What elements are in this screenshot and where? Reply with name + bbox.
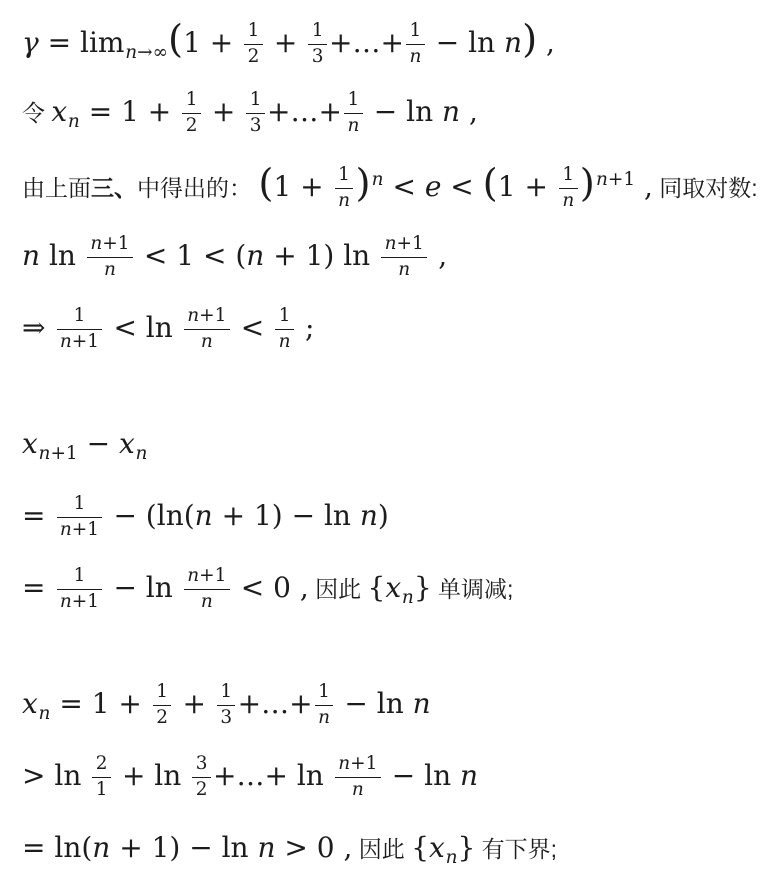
math-variable: x	[51, 95, 67, 128]
math-variable: n	[352, 779, 364, 800]
math-symbol: +…+ ln	[213, 759, 333, 792]
math-variable: n	[442, 95, 460, 128]
math-variable: n	[90, 233, 102, 254]
math-symbol: +1	[72, 519, 99, 540]
numerator: 1	[559, 164, 578, 189]
math-variable: n	[201, 591, 213, 612]
math-symbol: {	[411, 831, 429, 864]
math-symbol: =	[22, 499, 54, 532]
math-symbol: 1	[74, 565, 86, 586]
numerator: 1	[335, 164, 354, 189]
math-symbol: 2	[196, 779, 208, 800]
math-symbol: ,	[460, 95, 478, 128]
fraction: n+1n	[184, 565, 230, 613]
math-symbol: }	[414, 571, 432, 604]
math-variable: x	[22, 427, 38, 460]
math-variable: n	[104, 259, 116, 280]
math-symbol: +…+	[267, 95, 342, 128]
math-symbol: ln	[40, 239, 85, 272]
xn-difference-line: xn+1 − xn	[22, 408, 767, 480]
denominator: 3	[308, 45, 326, 69]
math-variable: n	[413, 687, 431, 720]
math-symbol: < ln	[105, 311, 182, 344]
math-symbol: 1	[318, 681, 330, 702]
math-symbol: {	[368, 571, 386, 604]
math-symbol: > ln	[22, 759, 90, 792]
denominator: n	[559, 189, 578, 213]
math-variable: n	[201, 331, 213, 352]
denominator: n	[381, 258, 427, 282]
numerator: 1	[57, 493, 103, 518]
difference-expansion-line: = 1n+1 − (ln(n + 1) − ln n)	[22, 480, 767, 552]
math-symbol: + ln	[113, 759, 190, 792]
big-paren: )	[355, 161, 370, 206]
math-variable: n	[562, 190, 574, 211]
math-variable: n	[338, 190, 350, 211]
cjk-text: 令	[22, 100, 51, 126]
numerator: 1	[244, 20, 262, 45]
numerator: 1	[217, 681, 235, 706]
math-variable: n	[446, 847, 458, 868]
math-variable: n	[187, 565, 199, 586]
denominator: 3	[246, 114, 264, 138]
monotone-decreasing-conclusion-line: = 1n+1 − ln n+1n < 0 , 因此 {xn} 单调减;	[22, 552, 767, 624]
math-variable: n	[39, 443, 51, 464]
math-symbol: 2	[186, 115, 198, 136]
math-symbol: 1	[338, 164, 350, 185]
math-symbol: 1	[248, 20, 260, 41]
math-symbol: 1	[186, 89, 198, 110]
fraction: 13	[217, 681, 235, 729]
math-symbol: 1	[312, 20, 324, 41]
math-symbol: ,	[537, 26, 555, 59]
math-variable: n	[460, 759, 478, 792]
superscript: n+1	[596, 169, 635, 190]
big-paren: (	[483, 161, 498, 206]
math-symbol: 1	[156, 681, 168, 702]
math-symbol: + 1) ln	[264, 239, 379, 272]
numerator: 1	[406, 20, 425, 45]
math-variable: n	[187, 305, 199, 326]
math-symbol: +1	[199, 565, 226, 586]
denominator: 1	[92, 778, 110, 802]
math-symbol: 1	[96, 779, 108, 800]
fraction: 12	[153, 681, 171, 729]
math-symbol: 3	[250, 115, 262, 136]
math-variable: e	[425, 170, 442, 203]
fraction: n+1n	[87, 233, 133, 281]
math-variable: n	[92, 831, 110, 864]
math-variable: n	[60, 519, 72, 540]
denominator: n	[406, 45, 425, 69]
denominator: 3	[217, 706, 235, 730]
math-symbol: − ln	[336, 687, 413, 720]
math-symbol: 1	[410, 20, 422, 41]
math-symbol: −	[78, 427, 119, 460]
cjk-text-bold: 三、	[91, 175, 137, 201]
denominator: n	[275, 330, 294, 354]
fraction: n+1n	[184, 305, 230, 353]
math-variable: n	[398, 259, 410, 280]
math-variable: n	[318, 707, 330, 728]
math-variable: n	[125, 42, 137, 63]
denominator: 2	[244, 45, 262, 69]
math-symbol: 3	[220, 707, 232, 728]
math-variable: n	[385, 233, 397, 254]
denominator: n	[184, 330, 230, 354]
subscript: n	[68, 111, 80, 132]
numerator: n+1	[184, 565, 230, 590]
math-symbol: +1	[50, 443, 77, 464]
math-variable: n	[257, 831, 275, 864]
xn-expansion-line: xn = 1 + 12 + 13+…+1n − ln n	[22, 668, 767, 740]
math-variable: x	[119, 427, 135, 460]
math-symbol: = 1 +	[80, 95, 180, 128]
math-symbol: < 0 ,	[232, 571, 309, 604]
math-symbol: +…+	[329, 26, 404, 59]
cjk-text: 同取对数:	[653, 175, 758, 201]
math-variable: x	[429, 831, 445, 864]
denominator: n	[87, 258, 133, 282]
numerator: 1	[246, 89, 264, 114]
numerator: 3	[192, 753, 210, 778]
fraction: 12	[244, 20, 262, 68]
denominator: n	[315, 706, 334, 730]
e-inequality-source-line: 由上面三、中得出的： (1 + 1n)n < e < (1 + 1n)n+1 ,…	[22, 148, 767, 220]
math-symbol: − ln	[383, 759, 460, 792]
math-symbol: }	[457, 831, 475, 864]
math-symbol: <	[384, 170, 425, 203]
math-variable: n	[135, 443, 147, 464]
log-inequality-line: n ln n+1n < 1 < (n + 1) ln n+1n ,	[22, 220, 767, 292]
subscript: n	[402, 587, 414, 608]
math-variable: x	[385, 571, 401, 604]
math-symbol: 1	[279, 305, 291, 326]
math-symbol: +1	[199, 305, 226, 326]
fraction: 1n	[406, 20, 425, 68]
math-symbol: ,	[635, 170, 653, 203]
numerator: 1	[315, 681, 334, 706]
math-symbol: 2	[248, 46, 260, 67]
math-variable: n	[60, 591, 72, 612]
math-variable: n	[402, 587, 414, 608]
fraction: 1n	[315, 681, 334, 729]
math-symbol: =	[22, 571, 54, 604]
denominator: n+1	[57, 330, 103, 354]
math-variable: γ	[22, 26, 39, 59]
math-document: γ = limn→∞(1 + 12 + 13+…+1n − ln n) ,令 x…	[0, 0, 775, 884]
math-symbol: +1	[102, 233, 129, 254]
math-symbol: 3	[312, 46, 324, 67]
big-paren: )	[580, 161, 595, 206]
gamma-definition-line: γ = limn→∞(1 + 12 + 13+…+1n − ln n) ,	[22, 4, 767, 76]
fraction: 13	[308, 20, 326, 68]
numerator: 1	[57, 305, 103, 330]
math-symbol: 1	[562, 164, 574, 185]
subscript: n+1	[39, 443, 78, 464]
math-variable: n	[409, 46, 421, 67]
math-symbol: <	[232, 311, 273, 344]
fraction: n+1n	[335, 753, 381, 801]
math-symbol: 1	[74, 305, 86, 326]
math-symbol: +	[174, 687, 215, 720]
math-symbol: +	[265, 26, 306, 59]
math-symbol: + 1) − ln	[213, 499, 360, 532]
math-symbol: +1	[72, 331, 99, 352]
big-paren: )	[522, 17, 537, 62]
cjk-text: 因此	[309, 576, 368, 602]
subscript: n	[39, 703, 51, 724]
math-variable: n	[22, 239, 40, 272]
math-symbol: − ln	[365, 95, 442, 128]
fraction: 1n	[275, 305, 294, 353]
math-symbol: ⇒	[22, 311, 54, 344]
fraction: 12	[182, 89, 200, 137]
fraction: 1n	[559, 164, 578, 212]
math-symbol: 3	[196, 753, 208, 774]
denominator: n+1	[57, 518, 103, 542]
fraction: 1n	[344, 89, 363, 137]
subscript: n→∞	[125, 42, 168, 63]
math-symbol: →∞	[137, 42, 168, 63]
math-variable: n	[360, 499, 378, 532]
math-symbol: = ln(	[22, 831, 92, 864]
math-symbol: − ln	[427, 26, 504, 59]
math-symbol: 2	[156, 707, 168, 728]
math-variable: n	[246, 239, 264, 272]
math-symbol: +1	[72, 591, 99, 612]
math-variable: n	[195, 499, 213, 532]
numerator: 1	[153, 681, 171, 706]
xn-definition-line: 令 xn = 1 + 12 + 13+…+1n − ln n ,	[22, 76, 767, 148]
numerator: 1	[275, 305, 294, 330]
fraction: 1n+1	[57, 305, 103, 353]
denominator: 2	[182, 114, 200, 138]
fraction: 32	[192, 753, 210, 801]
math-symbol: 1 +	[273, 170, 332, 203]
cjk-text: 因此	[352, 836, 411, 862]
math-symbol: 1	[348, 89, 360, 110]
lower-bound-conclusion-line: = ln(n + 1) − ln n > 0 , 因此 {xn} 有下界;	[22, 812, 767, 884]
denominator: n+1	[57, 590, 103, 614]
numerator: n+1	[184, 305, 230, 330]
fraction: 1n	[335, 164, 354, 212]
math-symbol: 1	[220, 681, 232, 702]
numerator: n+1	[335, 753, 381, 778]
subscript: n	[135, 443, 147, 464]
log-sum-bound-line: > ln 21 + ln 32+…+ ln n+1n − ln n	[22, 740, 767, 812]
big-paren: (	[258, 161, 273, 206]
math-symbol: )	[378, 499, 389, 532]
math-variable: n	[60, 331, 72, 352]
cjk-text: 由上面	[22, 175, 91, 201]
math-variable: n	[338, 753, 350, 774]
math-symbol: +…+	[238, 687, 313, 720]
cjk-text: 单调减;	[432, 576, 514, 602]
subscript: n	[446, 847, 458, 868]
math-symbol: <	[441, 170, 482, 203]
cjk-text: 有下界;	[475, 836, 557, 862]
math-symbol: 1 +	[498, 170, 557, 203]
math-symbol: − (ln(	[105, 499, 195, 532]
numerator: n+1	[381, 233, 427, 258]
math-symbol: ,	[429, 239, 447, 272]
math-symbol: +1	[608, 169, 635, 190]
math-symbol: 1 +	[183, 26, 242, 59]
denominator: n	[335, 778, 381, 802]
math-variable: n	[372, 169, 384, 190]
math-variable: n	[68, 111, 80, 132]
math-symbol: < 1 < (	[135, 239, 246, 272]
numerator: 1	[308, 20, 326, 45]
math-symbol: = 1 +	[50, 687, 150, 720]
fraction: 13	[246, 89, 264, 137]
math-symbol: 1	[74, 493, 86, 514]
numerator: 1	[344, 89, 363, 114]
log-bounds-line: ⇒ 1n+1 < ln n+1n < 1n ;	[22, 292, 767, 364]
math-variable: n	[596, 169, 608, 190]
math-symbol: − ln	[105, 571, 182, 604]
fraction: 1n+1	[57, 565, 103, 613]
math-symbol: +	[203, 95, 244, 128]
math-symbol: +1	[350, 753, 377, 774]
big-paren: (	[168, 17, 183, 62]
math-symbol: > 0 ,	[276, 831, 353, 864]
math-symbol: + 1) − ln	[110, 831, 257, 864]
math-variable: n	[347, 115, 359, 136]
math-symbol: +1	[397, 233, 424, 254]
denominator: n	[344, 114, 363, 138]
math-symbol: ;	[296, 311, 314, 344]
cjk-text: 中得出的：	[137, 175, 258, 201]
math-symbol: 1	[250, 89, 262, 110]
denominator: n	[335, 189, 354, 213]
denominator: 2	[153, 706, 171, 730]
math-variable: n	[39, 703, 51, 724]
math-variable: x	[22, 687, 38, 720]
fraction: n+1n	[381, 233, 427, 281]
numerator: 2	[92, 753, 110, 778]
fraction: 1n+1	[57, 493, 103, 541]
numerator: n+1	[87, 233, 133, 258]
math-variable: n	[504, 26, 522, 59]
superscript: n	[372, 169, 384, 190]
numerator: 1	[57, 565, 103, 590]
math-symbol: =	[39, 26, 80, 59]
math-symbol: lim	[80, 26, 124, 59]
denominator: n	[184, 590, 230, 614]
math-symbol: 2	[96, 753, 108, 774]
math-variable: n	[279, 331, 291, 352]
denominator: 2	[192, 778, 210, 802]
numerator: 1	[182, 89, 200, 114]
fraction: 21	[92, 753, 110, 801]
